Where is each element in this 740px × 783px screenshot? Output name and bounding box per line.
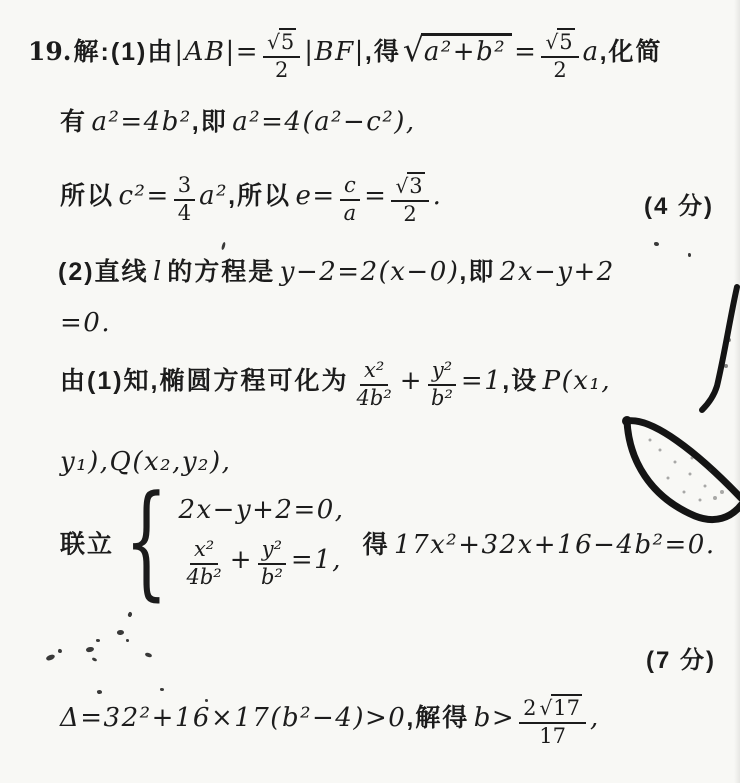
solution-line-6: 由(1)知,椭圆方程可化为x²4b²+y²b²=1,设 P(x₁, [60, 358, 611, 411]
fraction-y2-over-b2: y²b² [427, 358, 457, 411]
math-text: =0. [60, 308, 111, 338]
fraction-denominator: 2 [271, 58, 292, 83]
fraction-3-over-4: 34 [174, 173, 195, 226]
fraction-x2-over-4b2: x²4b² [353, 358, 396, 411]
ink-speck [58, 649, 63, 654]
fraction-denominator: 2 [399, 202, 420, 227]
ink-speck [221, 242, 226, 251]
math-text: b> [474, 703, 515, 733]
fraction-numerator: x² [360, 358, 388, 386]
math-text: e= [295, 181, 335, 211]
cjk-text: (2)直线 [58, 258, 149, 286]
math-text: =1, [291, 545, 342, 575]
fraction-c-over-a: ca [340, 173, 361, 226]
cjk-text: 有 [60, 108, 87, 136]
score-mark-7: (7 分) [646, 640, 716, 675]
fraction-denominator: 2 [549, 58, 570, 83]
ink-speck [145, 652, 153, 658]
cjk-text: ,设 [502, 367, 538, 395]
fraction-denominator: 4b² [353, 386, 396, 411]
math-text: a²=4b² [91, 107, 191, 137]
system-equation-2: x²4b²+y²b²=1, [178, 537, 342, 590]
fraction-sqrt5-over-2: √52 [541, 28, 578, 83]
fraction-denominator: 17 [535, 724, 570, 749]
cjk-text: ,即 [192, 108, 228, 136]
ink-speck [45, 653, 55, 661]
fraction-x2-over-4b2: x²4b² [182, 537, 225, 590]
score-mark-4: (4 分) [644, 186, 714, 221]
problem-number: 19. [28, 37, 72, 66]
math-text: 2x−y+2 [500, 257, 615, 287]
math-text: a² [199, 181, 228, 211]
cjk-text: 的方程是 [167, 258, 275, 286]
radicand: a²+b² [421, 33, 512, 67]
ink-speck [126, 639, 129, 642]
fraction-denominator: b² [427, 386, 457, 411]
fraction-sqrt3-over-2: √32 [391, 172, 428, 227]
solution-line-3: 所以 c²=34a²,所以 e=ca=√32. [60, 172, 442, 227]
ink-speck [127, 611, 133, 617]
ink-speck [117, 629, 125, 635]
fraction-numerator: 3 [407, 172, 424, 199]
fraction-sqrt5-over-2: √52 [263, 28, 300, 83]
math-text: c²= [118, 181, 169, 211]
solution-line-5: =0. [60, 308, 111, 338]
math-text: , [590, 703, 600, 733]
solution-line-8-system: 联立{2x−y+2=0,x²4b²+y²b²=1,得 17x²+32x+16−4… [60, 495, 716, 590]
fraction-coefficient: 2 [523, 696, 536, 721]
fraction-numerator: c [340, 173, 360, 201]
fraction-denominator: 4 [174, 201, 195, 226]
solution-line-4: (2)直线 l 的方程是 y−2=2(x−0),即 2x−y+2 [58, 252, 615, 288]
math-text: y−2=2(x−0) [280, 257, 460, 287]
fraction-numerator: y² [428, 358, 456, 386]
system-result: 得 17x²+32x+16−4b²=0. [363, 540, 716, 557]
math-text: + [230, 545, 253, 575]
cjk-text: 所以 [60, 182, 114, 210]
fraction-denominator: b² [257, 565, 287, 590]
math-text: = [514, 37, 537, 67]
system-equation-1: 2x−y+2=0, [178, 495, 344, 525]
ink-speck [160, 688, 164, 691]
cjk-text: ,化简 [600, 38, 663, 66]
cjk-text: 得 [363, 531, 390, 559]
fraction-numerator: 5 [557, 28, 574, 55]
cjk-text: ,所以 [228, 182, 291, 210]
cjk-text: 联立 [60, 531, 114, 559]
math-text: + [400, 366, 423, 396]
cjk-text: ,解得 [406, 704, 469, 732]
math-text: l [153, 257, 163, 287]
fraction-y2-over-b2: y²b² [257, 537, 287, 590]
fraction-2sqrt17-over-17: 2√1717 [519, 694, 586, 749]
solution-line-1: 19.解:(1)由|AB|=√52|BF|,得√a²+b²=√52a,化简 [28, 28, 663, 83]
math-text: |BF| [304, 37, 365, 67]
cjk-text: 解:(1)由 [74, 38, 175, 66]
solution-line-10: Δ=32²+16×17(b²−4)>0,解得 b>2√1717, [60, 694, 600, 749]
ink-speck [85, 646, 94, 653]
ink-speck [205, 699, 208, 702]
ink-speck [688, 253, 691, 257]
math-text: = [364, 181, 387, 211]
math-text: 17x²+32x+16−4b²=0. [394, 530, 716, 560]
math-text: Δ=32²+16×17(b²−4)>0 [60, 703, 406, 733]
cjk-text: ,得 [365, 38, 401, 66]
math-text: . [433, 181, 443, 211]
cjk-text: 由(1)知,椭圆方程可化为 [60, 367, 349, 395]
solution-line-2: 有 a²=4b²,即 a²=4(a²−c²), [60, 102, 416, 138]
ink-speck [654, 242, 659, 246]
math-text: a [583, 37, 600, 67]
math-text: =1 [461, 366, 502, 396]
cjk-text: ,即 [459, 258, 495, 286]
fraction-denominator: a [340, 201, 361, 226]
radical-expression: √a²+b² [403, 29, 512, 68]
math-text: a²=4(a²−c²), [232, 107, 416, 137]
scanned-math-solution-page: 19.解:(1)由|AB|=√52|BF|,得√a²+b²=√52a,化简 有 … [0, 0, 740, 783]
radical-icon: √ [403, 30, 424, 69]
math-text: |AB|= [174, 37, 259, 67]
fraction-numerator: 5 [279, 28, 296, 55]
equation-system: 2x−y+2=0,x²4b²+y²b²=1, [178, 495, 344, 590]
ink-speck [92, 657, 98, 662]
fraction-numerator: 3 [174, 173, 195, 201]
fraction-numerator: 17 [551, 694, 582, 721]
fraction-denominator: 4b² [182, 565, 225, 590]
fraction-numerator: x² [190, 537, 218, 565]
ink-speck [96, 639, 100, 642]
fraction-numerator: y² [258, 537, 286, 565]
system-brace: { [124, 481, 168, 605]
math-text: P(x₁, [543, 366, 612, 396]
